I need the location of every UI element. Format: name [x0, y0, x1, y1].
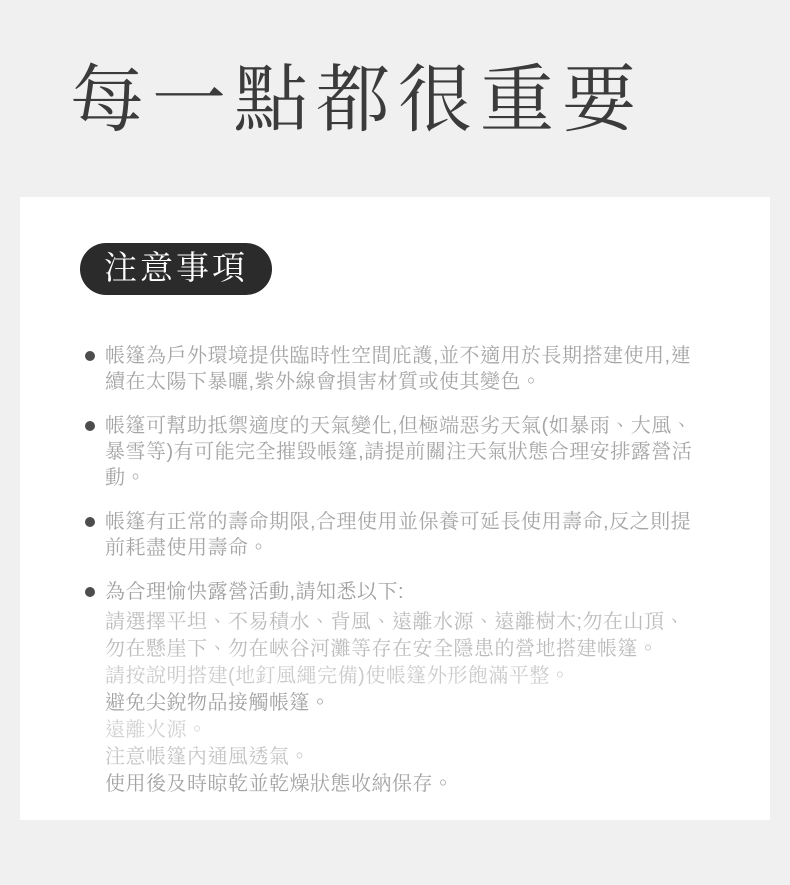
notice-item-3-text: 帳篷有正常的壽命期限,合理使用並保養可延長使用壽命,反之則提前耗盡使用壽命。 [105, 509, 705, 561]
notice-item-1: 帳篷為戶外環境提供臨時性空間庇護,並不適用於長期搭建使用,連續在太陽下暴曬,紫外… [80, 343, 715, 395]
page-title: 每一點都很重要 [70, 52, 644, 148]
bullet-dot-icon [85, 517, 95, 527]
notice-item-2-text: 帳篷可幫助抵禦適度的天氣變化,但極端惡劣天氣(如暴雨、大風、暴雪等)有可能完全摧… [105, 413, 705, 491]
notice-subitem-setup-instructions: 請按說明搭建(地釘風繩完備)使帳篷外形飽滿平整。 [105, 663, 705, 690]
notice-item-4-subitems: 請選擇平坦、不易積水、背風、遠離水源、遠離樹木;勿在山頂、勿在懸崖下、勿在峽谷河… [105, 609, 705, 798]
notice-item-1-text: 帳篷為戶外環境提供臨時性空間庇護,並不適用於長期搭建使用,連續在太陽下暴曬,紫外… [105, 343, 705, 395]
notice-subitem-ventilation: 注意帳篷內通風透氣。 [105, 744, 705, 771]
bullet-dot-icon [85, 421, 95, 431]
notice-list: 帳篷為戶外環境提供臨時性空間庇護,並不適用於長期搭建使用,連續在太陽下暴曬,紫外… [80, 343, 715, 798]
notice-subitem-fire-source: 遠離火源。 [105, 717, 705, 744]
bullet-dot-icon [85, 351, 95, 361]
product-notice-section: 每一點都很重要 注意事項 帳篷為戶外環境提供臨時性空間庇護,並不適用於長期搭建使… [0, 0, 790, 885]
notice-item-3: 帳篷有正常的壽命期限,合理使用並保養可延長使用壽命,反之則提前耗盡使用壽命。 [80, 509, 715, 561]
notice-item-4-heading: 為合理愉快露營活動,請知悉以下: [105, 579, 705, 605]
notice-badge: 注意事項 [80, 243, 272, 295]
notice-subitem-site-selection: 請選擇平坦、不易積水、背風、遠離水源、遠離樹木;勿在山頂、勿在懸崖下、勿在峽谷河… [105, 609, 705, 663]
notice-badge-label: 注意事項 [104, 249, 248, 286]
notice-item-4: 為合理愉快露營活動,請知悉以下: 請選擇平坦、不易積水、背風、遠離水源、遠離樹木… [80, 579, 715, 798]
notice-card: 注意事項 帳篷為戶外環境提供臨時性空間庇護,並不適用於長期搭建使用,連續在太陽下… [20, 197, 770, 820]
notice-item-4-body: 為合理愉快露營活動,請知悉以下: 請選擇平坦、不易積水、背風、遠離水源、遠離樹木… [105, 579, 705, 798]
notice-subitem-storage: 使用後及時晾乾並乾燥狀態收納保存。 [105, 771, 705, 798]
notice-item-2: 帳篷可幫助抵禦適度的天氣變化,但極端惡劣天氣(如暴雨、大風、暴雪等)有可能完全摧… [80, 413, 715, 491]
bullet-dot-icon [85, 587, 95, 597]
notice-subitem-sharp-objects: 避免尖銳物品接觸帳篷。 [105, 690, 705, 717]
